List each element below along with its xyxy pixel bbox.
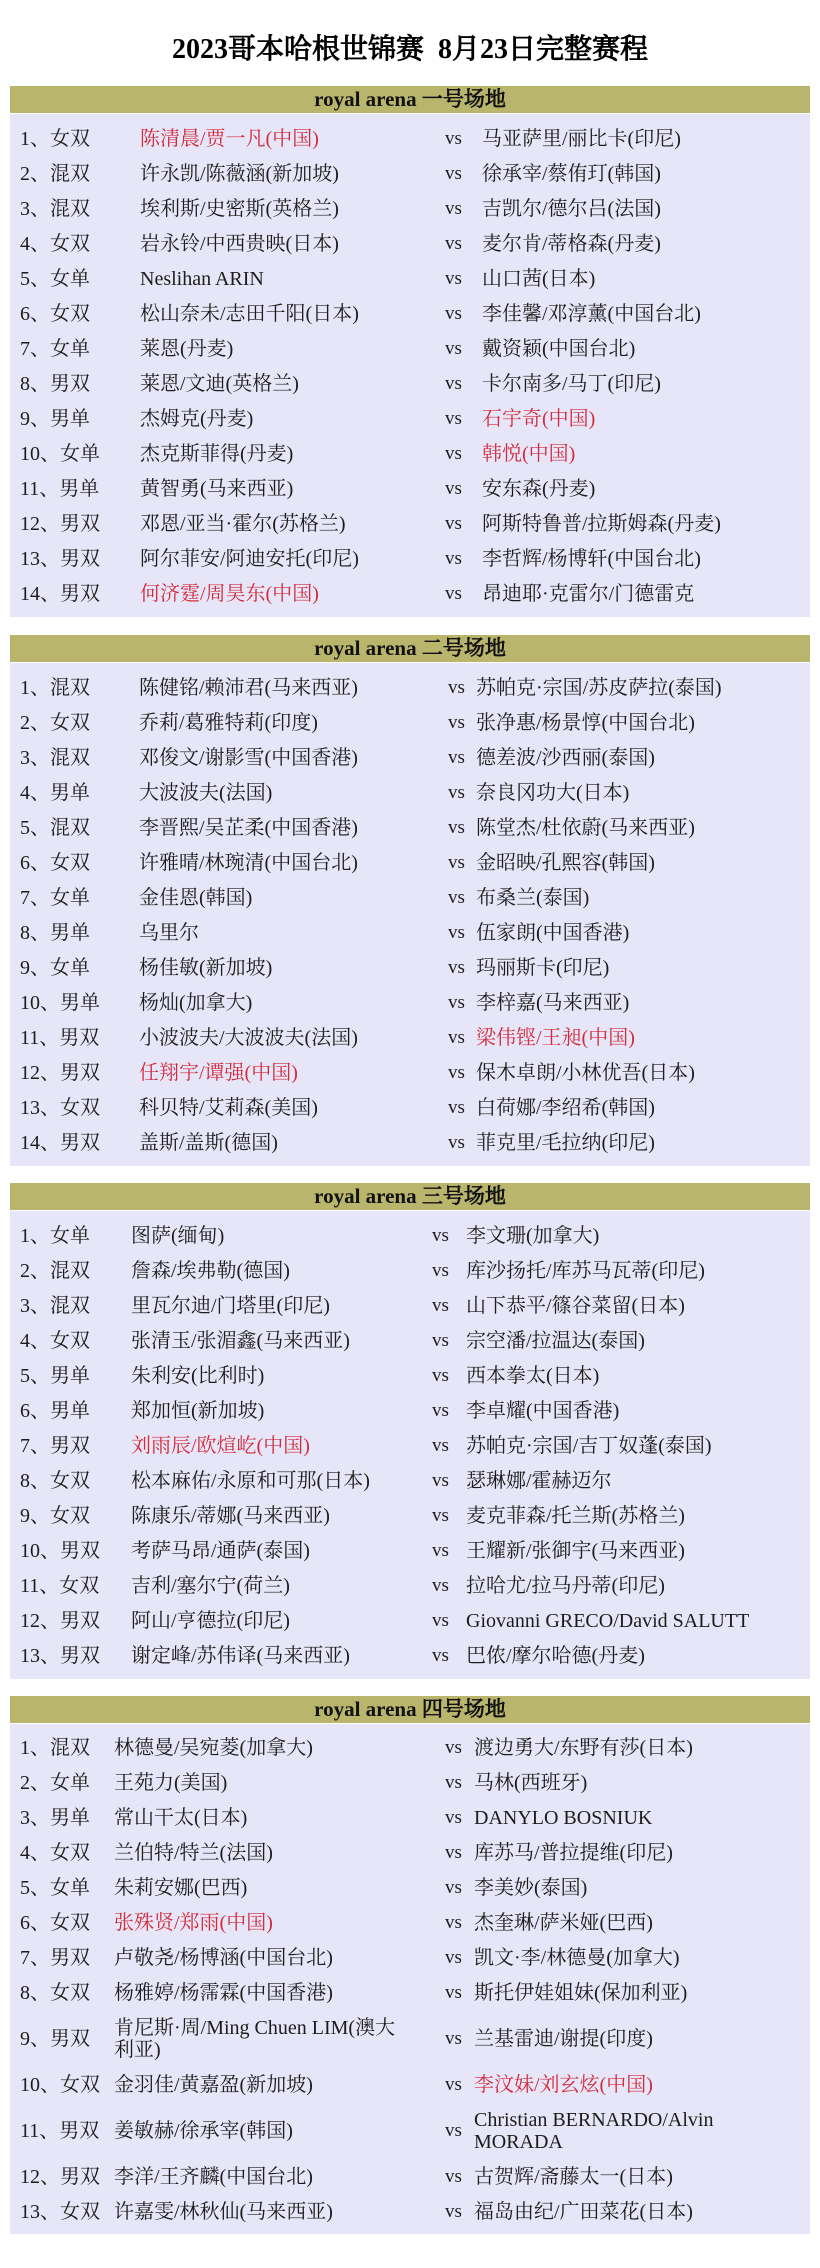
match-number: 9、 bbox=[20, 1505, 50, 1527]
event-type: 男双 bbox=[60, 1132, 100, 1154]
player1: 埃利斯/史密斯(英格兰) bbox=[140, 198, 445, 220]
event-type: 女双 bbox=[60, 1097, 100, 1119]
match-row: 6、男单 郑加恒(新加坡) vs 李卓耀(中国香港) bbox=[10, 1393, 810, 1428]
vs-label: vs bbox=[445, 373, 482, 395]
match-number: 8、 bbox=[20, 922, 50, 944]
player1: 朱莉安娜(巴西) bbox=[114, 1877, 445, 1899]
match-number: 4、 bbox=[20, 1330, 50, 1352]
match-row: 14、男双 盖斯/盖斯(德国) vs 菲克里/毛拉纳(印尼) bbox=[10, 1125, 810, 1160]
vs-label: vs bbox=[445, 478, 482, 500]
player2: 李哲辉/杨博轩(中国台北) bbox=[482, 548, 772, 570]
court-2-schedule: royal arena 二号场地 1、混双 陈健铭/赖沛君(马来西亚) vs 苏… bbox=[10, 635, 810, 1166]
vs-label: vs bbox=[448, 852, 476, 874]
match-number-event: 6、女双 bbox=[10, 852, 139, 874]
match-number: 4、 bbox=[20, 1842, 50, 1864]
player2: 西本拳太(日本) bbox=[466, 1365, 766, 1387]
event-type: 混双 bbox=[50, 747, 90, 769]
event-type: 女双 bbox=[50, 1982, 90, 2004]
match-number: 1、 bbox=[20, 128, 50, 150]
event-type: 男双 bbox=[60, 548, 100, 570]
player2: 瑟琳娜/霍赫迈尔 bbox=[466, 1470, 766, 1492]
player1: 张殊贤/郑雨(中国) bbox=[114, 1912, 445, 1934]
player1: 张清玉/张湄鑫(马来西亚) bbox=[131, 1330, 432, 1352]
match-number: 14、 bbox=[20, 1132, 60, 1154]
vs-label: vs bbox=[432, 1575, 466, 1597]
event-type: 女双 bbox=[50, 1470, 90, 1492]
event-type: 女单 bbox=[50, 268, 90, 290]
match-row: 2、混双 詹森/埃弗勒(德国) vs 库沙扬托/库苏马瓦蒂(印尼) bbox=[10, 1253, 810, 1288]
vs-label: vs bbox=[445, 1947, 474, 1969]
player2: 山下恭平/篠谷菜留(日本) bbox=[466, 1295, 766, 1317]
player1: 小波波夫/大波波夫(法国) bbox=[139, 1027, 448, 1049]
vs-label: vs bbox=[448, 747, 476, 769]
vs-label: vs bbox=[432, 1330, 466, 1352]
event-type: 男双 bbox=[60, 1645, 100, 1667]
event-type: 女双 bbox=[59, 1575, 99, 1597]
vs-label: vs bbox=[432, 1470, 466, 1492]
event-type: 女单 bbox=[50, 1772, 90, 1794]
match-number-event: 8、男双 bbox=[10, 373, 140, 395]
event-type: 混双 bbox=[50, 1295, 90, 1317]
player2: 张净惠/杨景惇(中国台北) bbox=[476, 712, 766, 734]
event-type: 男单 bbox=[50, 1807, 90, 1829]
match-row: 10、男双 考萨马昂/通萨(泰国) vs 王耀新/张御宇(马来西亚) bbox=[10, 1533, 810, 1568]
player2: 韩悦(中国) bbox=[482, 443, 772, 465]
player1: 杨佳敏(新加坡) bbox=[139, 957, 448, 979]
event-type: 男单 bbox=[50, 1400, 90, 1422]
player2: 梁伟铿/王昶(中国) bbox=[476, 1027, 766, 1049]
match-row: 1、混双 陈健铭/赖沛君(马来西亚) vs 苏帕克·宗国/苏皮萨拉(泰国) bbox=[10, 670, 810, 705]
event-type: 女双 bbox=[60, 2074, 100, 2096]
match-row: 5、女单 Neslihan ARIN vs 山口茜(日本) bbox=[10, 261, 810, 296]
match-number-event: 4、男单 bbox=[10, 782, 139, 804]
player1: Neslihan ARIN bbox=[140, 268, 445, 290]
match-number-event: 2、女单 bbox=[10, 1772, 114, 1794]
vs-label: vs bbox=[445, 303, 482, 325]
match-row: 10、男单 杨灿(加拿大) vs 李梓嘉(马来西亚) bbox=[10, 985, 810, 1020]
match-number-event: 8、男单 bbox=[10, 922, 139, 944]
vs-label: vs bbox=[445, 443, 482, 465]
match-number: 10、 bbox=[20, 443, 60, 465]
match-number: 13、 bbox=[20, 1645, 60, 1667]
match-number: 5、 bbox=[20, 817, 50, 839]
player2: 布桑兰(泰国) bbox=[476, 887, 766, 909]
match-row: 6、女双 松山奈未/志田千阳(日本) vs 李佳馨/邓淳薰(中国台北) bbox=[10, 296, 810, 331]
event-type: 男双 bbox=[50, 2028, 90, 2050]
player1: 莱恩/文迪(英格兰) bbox=[140, 373, 445, 395]
player1: 阿尔菲安/阿迪安托(印尼) bbox=[140, 548, 445, 570]
event-type: 混双 bbox=[50, 677, 90, 699]
player2: 玛丽斯卡(印尼) bbox=[476, 957, 766, 979]
match-number-event: 14、男双 bbox=[10, 583, 140, 605]
match-row: 8、男双 莱恩/文迪(英格兰) vs 卡尔南多/马丁(印尼) bbox=[10, 366, 810, 401]
player1: 郑加恒(新加坡) bbox=[131, 1400, 432, 1422]
vs-label: vs bbox=[445, 1842, 474, 1864]
vs-label: vs bbox=[445, 2120, 474, 2142]
match-number-event: 11、男双 bbox=[10, 2120, 114, 2142]
match-row: 4、女双 岩永铃/中西贵映(日本) vs 麦尔肯/蒂格森(丹麦) bbox=[10, 226, 810, 261]
event-type: 男单 bbox=[50, 408, 90, 430]
match-number-event: 12、男双 bbox=[10, 1610, 131, 1632]
player1: 松山奈未/志田千阳(日本) bbox=[140, 303, 445, 325]
match-number: 9、 bbox=[20, 957, 50, 979]
court-header: royal arena 一号场地 bbox=[10, 86, 810, 113]
player1: 李洋/王齐麟(中国台北) bbox=[114, 2166, 445, 2188]
vs-label: vs bbox=[432, 1400, 466, 1422]
player2: 安东森(丹麦) bbox=[482, 478, 772, 500]
match-number-event: 9、男单 bbox=[10, 408, 140, 430]
court-4-schedule: royal arena 四号场地 1、混双 林德曼/吴宛菱(加拿大) vs 渡边… bbox=[10, 1696, 810, 2234]
player2: Christian BERNARDO/Alvin MORADA bbox=[474, 2109, 744, 2153]
vs-label: vs bbox=[448, 1027, 476, 1049]
match-row: 3、混双 邓俊文/谢影雪(中国香港) vs 德差波/沙西丽(泰国) bbox=[10, 740, 810, 775]
match-number-event: 11、男单 bbox=[10, 478, 140, 500]
match-number-event: 5、混双 bbox=[10, 817, 139, 839]
player1: 乔莉/葛雅特莉(印度) bbox=[139, 712, 448, 734]
player1: 考萨马昂/通萨(泰国) bbox=[131, 1540, 432, 1562]
player1: 金羽佳/黄嘉盈(新加坡) bbox=[114, 2074, 445, 2096]
player1: 杨灿(加拿大) bbox=[139, 992, 448, 1014]
event-type: 男双 bbox=[60, 1610, 100, 1632]
match-list: 1、女单 图萨(缅甸) vs 李文珊(加拿大) 2、混双 詹森/埃弗勒(德国) … bbox=[10, 1211, 810, 1679]
event-type: 女单 bbox=[50, 1877, 90, 1899]
vs-label: vs bbox=[448, 677, 476, 699]
player2: 李汶妹/刘玄炫(中国) bbox=[474, 2074, 744, 2096]
match-number-event: 13、女双 bbox=[10, 1097, 139, 1119]
match-number-event: 3、混双 bbox=[10, 1295, 131, 1317]
match-row: 11、女双 吉利/塞尔宁(荷兰) vs 拉哈尤/拉马丹蒂(印尼) bbox=[10, 1568, 810, 1603]
match-number-event: 10、女双 bbox=[10, 2074, 114, 2096]
match-row: 5、女单 朱莉安娜(巴西) vs 李美妙(泰国) bbox=[10, 1870, 810, 1905]
match-number: 6、 bbox=[20, 1400, 50, 1422]
match-number: 11、 bbox=[20, 1027, 59, 1049]
vs-label: vs bbox=[445, 2201, 474, 2223]
match-row: 1、混双 林德曼/吴宛菱(加拿大) vs 渡边勇大/东野有莎(日本) bbox=[10, 1730, 810, 1765]
match-number-event: 3、男单 bbox=[10, 1807, 114, 1829]
match-row: 7、女单 金佳恩(韩国) vs 布桑兰(泰国) bbox=[10, 880, 810, 915]
match-row: 4、女双 兰伯特/特兰(法国) vs 库苏马/普拉提维(印尼) bbox=[10, 1835, 810, 1870]
vs-label: vs bbox=[445, 198, 482, 220]
match-row: 10、女单 杰克斯菲得(丹麦) vs 韩悦(中国) bbox=[10, 436, 810, 471]
match-number: 7、 bbox=[20, 1947, 50, 1969]
match-row: 3、混双 里瓦尔迪/门塔里(印尼) vs 山下恭平/篠谷菜留(日本) bbox=[10, 1288, 810, 1323]
player1: 岩永铃/中西贵映(日本) bbox=[140, 233, 445, 255]
match-number: 11、 bbox=[20, 478, 59, 500]
player2: 苏帕克·宗国/苏皮萨拉(泰国) bbox=[476, 677, 766, 699]
vs-label: vs bbox=[448, 782, 476, 804]
vs-label: vs bbox=[432, 1260, 466, 1282]
event-type: 男单 bbox=[50, 922, 90, 944]
match-row: 8、女双 杨雅婷/杨霈霖(中国香港) vs 斯托伊娃姐妹(保加利亚) bbox=[10, 1975, 810, 2010]
match-number-event: 1、女双 bbox=[10, 128, 140, 150]
event-type: 女双 bbox=[50, 128, 90, 150]
vs-label: vs bbox=[448, 957, 476, 979]
vs-label: vs bbox=[432, 1505, 466, 1527]
match-number: 1、 bbox=[20, 1737, 50, 1759]
court-header: royal arena 三号场地 bbox=[10, 1183, 810, 1210]
match-number: 1、 bbox=[20, 1225, 50, 1247]
vs-label: vs bbox=[445, 163, 482, 185]
event-type: 混双 bbox=[50, 163, 90, 185]
match-list: 1、混双 陈健铭/赖沛君(马来西亚) vs 苏帕克·宗国/苏皮萨拉(泰国) 2、… bbox=[10, 663, 810, 1166]
match-number: 2、 bbox=[20, 1260, 50, 1282]
player2: 斯托伊娃姐妹(保加利亚) bbox=[474, 1982, 744, 2004]
match-number-event: 7、男双 bbox=[10, 1435, 131, 1457]
match-number: 14、 bbox=[20, 583, 60, 605]
player1: 陈康乐/蒂娜(马来西亚) bbox=[131, 1505, 432, 1527]
player1: 松本麻佑/永原和可那(日本) bbox=[131, 1470, 432, 1492]
player1: 许雅晴/林琬清(中国台北) bbox=[139, 852, 448, 874]
match-number-event: 1、混双 bbox=[10, 1737, 114, 1759]
match-number: 9、 bbox=[20, 2028, 50, 2050]
vs-label: vs bbox=[448, 1062, 476, 1084]
event-type: 混双 bbox=[50, 1737, 90, 1759]
match-row: 12、男双 李洋/王齐麟(中国台北) vs 古贺辉/斋藤太一(日本) bbox=[10, 2159, 810, 2194]
event-type: 男双 bbox=[59, 1027, 99, 1049]
match-number: 7、 bbox=[20, 1435, 50, 1457]
player1: 金佳恩(韩国) bbox=[139, 887, 448, 909]
match-number: 3、 bbox=[20, 1807, 50, 1829]
event-type: 男单 bbox=[50, 1365, 90, 1387]
match-number: 10、 bbox=[20, 992, 60, 1014]
match-number: 3、 bbox=[20, 198, 50, 220]
player2: 宗空潘/拉温达(泰国) bbox=[466, 1330, 766, 1352]
match-number: 12、 bbox=[20, 1062, 60, 1084]
player2: 李美妙(泰国) bbox=[474, 1877, 744, 1899]
player1: 王苑力(美国) bbox=[114, 1772, 445, 1794]
player2: Giovanni GRECO/David SALUTT bbox=[466, 1610, 766, 1632]
player2: 麦克菲森/托兰斯(苏格兰) bbox=[466, 1505, 766, 1527]
match-row: 3、混双 埃利斯/史密斯(英格兰) vs 吉凯尔/德尔吕(法国) bbox=[10, 191, 810, 226]
player2: 福岛由纪/广田菜花(日本) bbox=[474, 2201, 744, 2223]
event-type: 女单 bbox=[60, 443, 100, 465]
match-number-event: 2、混双 bbox=[10, 163, 140, 185]
match-row: 11、男双 姜敏赫/徐承宰(韩国) vs Christian BERNARDO/… bbox=[10, 2102, 810, 2159]
vs-label: vs bbox=[445, 1982, 474, 2004]
player2: 吉凯尔/德尔吕(法国) bbox=[482, 198, 772, 220]
player2: 王耀新/张御宇(马来西亚) bbox=[466, 1540, 766, 1562]
match-row: 11、男双 小波波夫/大波波夫(法国) vs 梁伟铿/王昶(中国) bbox=[10, 1020, 810, 1055]
match-number-event: 13、女双 bbox=[10, 2201, 114, 2223]
match-number-event: 1、混双 bbox=[10, 677, 139, 699]
player2: 卡尔南多/马丁(印尼) bbox=[482, 373, 772, 395]
player1: 乌里尔 bbox=[139, 922, 448, 944]
match-row: 10、女双 金羽佳/黄嘉盈(新加坡) vs 李汶妹/刘玄炫(中国) bbox=[10, 2067, 810, 2102]
match-number-event: 14、男双 bbox=[10, 1132, 139, 1154]
court-header: royal arena 四号场地 bbox=[10, 1696, 810, 1723]
player2: 苏帕克·宗国/吉丁奴蓬(泰国) bbox=[466, 1435, 766, 1457]
vs-label: vs bbox=[445, 1737, 474, 1759]
match-number: 3、 bbox=[20, 1295, 50, 1317]
player2: 兰基雷迪/谢提(印度) bbox=[474, 2028, 744, 2050]
match-number: 2、 bbox=[20, 163, 50, 185]
event-type: 男单 bbox=[60, 992, 100, 1014]
vs-label: vs bbox=[445, 408, 482, 430]
vs-label: vs bbox=[448, 1132, 476, 1154]
match-number-event: 9、男双 bbox=[10, 2028, 114, 2050]
match-number: 10、 bbox=[20, 2074, 60, 2096]
match-number: 11、 bbox=[20, 1575, 59, 1597]
player2: 麦尔肯/蒂格森(丹麦) bbox=[482, 233, 772, 255]
match-number: 12、 bbox=[20, 2166, 60, 2188]
vs-label: vs bbox=[432, 1295, 466, 1317]
event-type: 男双 bbox=[60, 513, 100, 535]
match-number-event: 13、男双 bbox=[10, 1645, 131, 1667]
event-type: 混双 bbox=[50, 1260, 90, 1282]
player1: 陈健铭/赖沛君(马来西亚) bbox=[139, 677, 448, 699]
match-number-event: 4、女双 bbox=[10, 1842, 114, 1864]
match-number-event: 12、男双 bbox=[10, 1062, 139, 1084]
match-number-event: 12、男双 bbox=[10, 513, 140, 535]
event-type: 女双 bbox=[50, 1505, 90, 1527]
vs-label: vs bbox=[448, 712, 476, 734]
match-number: 11、 bbox=[20, 2120, 59, 2142]
player2: 戴资颖(中国台北) bbox=[482, 338, 772, 360]
match-row: 9、男双 肯尼斯·周/Ming Chuen LIM(澳大利亚) vs 兰基雷迪/… bbox=[10, 2010, 810, 2067]
match-number-event: 11、女双 bbox=[10, 1575, 131, 1597]
player1: 何济霆/周昊东(中国) bbox=[140, 583, 445, 605]
vs-label: vs bbox=[445, 1877, 474, 1899]
vs-label: vs bbox=[445, 338, 482, 360]
match-number: 6、 bbox=[20, 852, 50, 874]
player2: 德差波/沙西丽(泰国) bbox=[476, 747, 766, 769]
match-row: 11、男单 黄智勇(马来西亚) vs 安东森(丹麦) bbox=[10, 471, 810, 506]
match-row: 9、男单 杰姆克(丹麦) vs 石宇奇(中国) bbox=[10, 401, 810, 436]
player1: 邓恩/亚当·霍尔(苏格兰) bbox=[140, 513, 445, 535]
match-row: 13、男双 阿尔菲安/阿迪安托(印尼) vs 李哲辉/杨博轩(中国台北) bbox=[10, 541, 810, 576]
player1: 大波波夫(法国) bbox=[139, 782, 448, 804]
match-number-event: 7、男双 bbox=[10, 1947, 114, 1969]
match-number-event: 10、男单 bbox=[10, 992, 139, 1014]
player2: 李文珊(加拿大) bbox=[466, 1225, 766, 1247]
match-number: 5、 bbox=[20, 268, 50, 290]
player1: 里瓦尔迪/门塔里(印尼) bbox=[131, 1295, 432, 1317]
player1: 卢敬尧/杨博涵(中国台北) bbox=[114, 1947, 445, 1969]
player2: 山口茜(日本) bbox=[482, 268, 772, 290]
match-number-event: 4、女双 bbox=[10, 233, 140, 255]
match-row: 9、女单 杨佳敏(新加坡) vs 玛丽斯卡(印尼) bbox=[10, 950, 810, 985]
player2: 凯文·李/林德曼(加拿大) bbox=[474, 1947, 744, 1969]
match-number-event: 9、女双 bbox=[10, 1505, 131, 1527]
match-number-event: 4、女双 bbox=[10, 1330, 131, 1352]
court-header: royal arena 二号场地 bbox=[10, 635, 810, 662]
vs-label: vs bbox=[432, 1435, 466, 1457]
match-row: 12、男双 任翔宇/谭强(中国) vs 保木卓朗/小林优吾(日本) bbox=[10, 1055, 810, 1090]
match-number-event: 9、女单 bbox=[10, 957, 139, 979]
match-number: 8、 bbox=[20, 373, 50, 395]
vs-label: vs bbox=[445, 1807, 474, 1829]
player1: 肯尼斯·周/Ming Chuen LIM(澳大利亚) bbox=[114, 2017, 445, 2061]
player2: 石宇奇(中国) bbox=[482, 408, 772, 430]
event-type: 男单 bbox=[50, 782, 90, 804]
match-number-event: 12、男双 bbox=[10, 2166, 114, 2188]
match-row: 4、男单 大波波夫(法国) vs 奈良冈功大(日本) bbox=[10, 775, 810, 810]
event-type: 女双 bbox=[50, 712, 90, 734]
match-number-event: 1、女单 bbox=[10, 1225, 131, 1247]
player1: 刘雨辰/欧煊屹(中国) bbox=[131, 1435, 432, 1457]
court-1-schedule: royal arena 一号场地 1、女双 陈清晨/贾一凡(中国) vs 马亚萨… bbox=[10, 86, 810, 617]
match-number: 2、 bbox=[20, 1772, 50, 1794]
player1: 谢定峰/苏伟译(马来西亚) bbox=[131, 1645, 432, 1667]
match-row: 8、女双 松本麻佑/永原和可那(日本) vs 瑟琳娜/霍赫迈尔 bbox=[10, 1463, 810, 1498]
player2: 李佳馨/邓淳薰(中国台北) bbox=[482, 303, 772, 325]
vs-label: vs bbox=[448, 887, 476, 909]
player2: 马亚萨里/丽比卡(印尼) bbox=[482, 128, 772, 150]
match-number: 4、 bbox=[20, 233, 50, 255]
match-number: 12、 bbox=[20, 513, 60, 535]
match-number: 10、 bbox=[20, 1540, 60, 1562]
vs-label: vs bbox=[445, 1912, 474, 1934]
player2: DANYLO BOSNIUK bbox=[474, 1807, 744, 1829]
vs-label: vs bbox=[432, 1610, 466, 1632]
player1: 阿山/亨德拉(印尼) bbox=[131, 1610, 432, 1632]
vs-label: vs bbox=[432, 1365, 466, 1387]
vs-label: vs bbox=[445, 2074, 474, 2096]
page-title: 2023哥本哈根世锦赛 8月23日完整赛程 bbox=[0, 30, 820, 70]
match-number-event: 7、女单 bbox=[10, 338, 140, 360]
match-row: 12、男双 邓恩/亚当·霍尔(苏格兰) vs 阿斯特鲁普/拉斯姆森(丹麦) bbox=[10, 506, 810, 541]
match-number-event: 5、女单 bbox=[10, 1877, 114, 1899]
match-row: 6、女双 张殊贤/郑雨(中国) vs 杰奎琳/萨米娅(巴西) bbox=[10, 1905, 810, 1940]
player2: 徐承宰/蔡侑玎(韩国) bbox=[482, 163, 772, 185]
match-row: 13、男双 谢定峰/苏伟译(马来西亚) vs 巴侬/摩尔哈德(丹麦) bbox=[10, 1638, 810, 1673]
match-number-event: 10、男双 bbox=[10, 1540, 131, 1562]
match-number-event: 2、女双 bbox=[10, 712, 139, 734]
player2: 马林(西班牙) bbox=[474, 1772, 744, 1794]
match-number-event: 8、女双 bbox=[10, 1470, 131, 1492]
match-number: 13、 bbox=[20, 548, 60, 570]
event-type: 男双 bbox=[59, 2120, 99, 2142]
match-number-event: 10、女单 bbox=[10, 443, 140, 465]
player2: 陈堂杰/杜依蔚(马来西亚) bbox=[476, 817, 766, 839]
player2: 白荷娜/李绍希(韩国) bbox=[476, 1097, 766, 1119]
event-type: 女单 bbox=[50, 957, 90, 979]
vs-label: vs bbox=[432, 1645, 466, 1667]
match-number: 7、 bbox=[20, 338, 50, 360]
court-3-schedule: royal arena 三号场地 1、女单 图萨(缅甸) vs 李文珊(加拿大)… bbox=[10, 1183, 810, 1679]
match-number-event: 3、混双 bbox=[10, 198, 140, 220]
player2: 巴侬/摩尔哈德(丹麦) bbox=[466, 1645, 766, 1667]
match-number: 7、 bbox=[20, 887, 50, 909]
match-row: 5、混双 李晋熙/吴芷柔(中国香港) vs 陈堂杰/杜依蔚(马来西亚) bbox=[10, 810, 810, 845]
match-number: 9、 bbox=[20, 408, 50, 430]
match-number-event: 8、女双 bbox=[10, 1982, 114, 2004]
match-number-event: 11、男双 bbox=[10, 1027, 139, 1049]
player1: 姜敏赫/徐承宰(韩国) bbox=[114, 2120, 445, 2142]
match-number: 13、 bbox=[20, 1097, 60, 1119]
player2: 奈良冈功大(日本) bbox=[476, 782, 766, 804]
event-type: 女双 bbox=[50, 852, 90, 874]
player1: 许嘉雯/林秋仙(马来西亚) bbox=[114, 2201, 445, 2223]
match-number: 1、 bbox=[20, 677, 50, 699]
player2: 渡边勇大/东野有莎(日本) bbox=[474, 1737, 744, 1759]
match-row: 9、女双 陈康乐/蒂娜(马来西亚) vs 麦克菲森/托兰斯(苏格兰) bbox=[10, 1498, 810, 1533]
player2: 拉哈尤/拉马丹蒂(印尼) bbox=[466, 1575, 766, 1597]
match-row: 14、男双 何济霆/周昊东(中国) vs 昂迪耶·克雷尔/门德雷克 bbox=[10, 576, 810, 611]
player2: 李卓耀(中国香港) bbox=[466, 1400, 766, 1422]
vs-label: vs bbox=[448, 1097, 476, 1119]
player2: 伍家朗(中国香港) bbox=[476, 922, 766, 944]
event-type: 女单 bbox=[50, 1225, 90, 1247]
player1: 詹森/埃弗勒(德国) bbox=[131, 1260, 432, 1282]
player1: 莱恩(丹麦) bbox=[140, 338, 445, 360]
player1: 图萨(缅甸) bbox=[131, 1225, 432, 1247]
match-number-event: 5、女单 bbox=[10, 268, 140, 290]
match-row: 8、男单 乌里尔 vs 伍家朗(中国香港) bbox=[10, 915, 810, 950]
player1: 任翔宇/谭强(中国) bbox=[139, 1062, 448, 1084]
match-number: 13、 bbox=[20, 2201, 60, 2223]
match-row: 1、女双 陈清晨/贾一凡(中国) vs 马亚萨里/丽比卡(印尼) bbox=[10, 121, 810, 156]
